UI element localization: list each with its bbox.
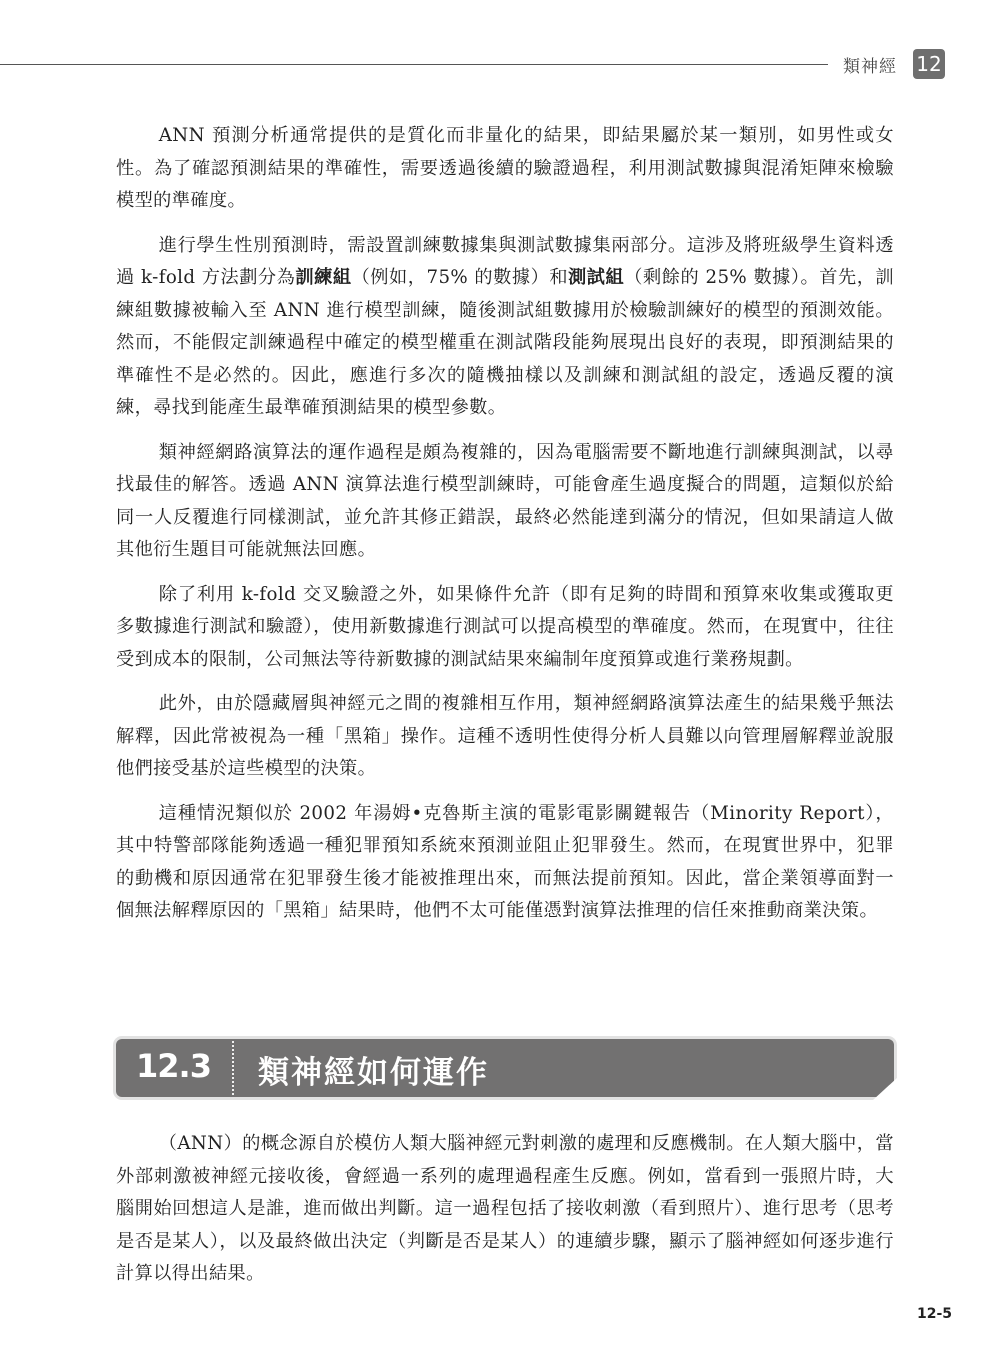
section-divider [232, 1041, 234, 1095]
paragraph: 此外，由於隱藏層與神經元之間的複雜相互作用，類神經網路演算法產生的結果幾乎無法解… [116, 688, 894, 786]
paragraph: （ANN）的概念源自於模仿人類大腦神經元對刺激的處理和反應機制。在人類大腦中，當… [116, 1128, 894, 1291]
chapter-number-badge: 12 [913, 49, 945, 79]
paragraph-text: （例如，75% 的數據）和 [352, 267, 569, 288]
paragraph: 這種情況類似於 2002 年湯姆•克魯斯主演的電影電影關鍵報告（Minority… [116, 798, 894, 928]
paragraph-text: （剩餘的 25% 數據）。首先，訓練組數據被輸入至 ANN 進行模型訓練，隨後測… [116, 267, 894, 418]
section-title: 類神經如何運作 [258, 1047, 489, 1092]
paragraph: 類神經網路演算法的運作過程是頗為複雜的，因為電腦需要不斷地進行訓練與測試，以尋找… [116, 437, 894, 567]
section-number: 12.3 [136, 1047, 211, 1085]
main-text: ANN 預測分析通常提供的是質化而非量化的結果，即結果屬於某一類別，如男性或女性… [116, 120, 894, 940]
paragraph: ANN 預測分析通常提供的是質化而非量化的結果，即結果屬於某一類別，如男性或女性… [116, 120, 894, 218]
page-curl-icon [873, 1078, 897, 1100]
section-text: （ANN）的概念源自於模仿人類大腦神經元對刺激的處理和反應機制。在人類大腦中，當… [116, 1128, 894, 1303]
running-header-title: 類神經 [843, 52, 897, 77]
bold-term-training-set: 訓練組 [295, 267, 351, 288]
header-rule [0, 64, 828, 65]
paragraph: 除了利用 k-fold 交叉驗證之外，如果條件允許（即有足夠的時間和預算來收集或… [116, 579, 894, 677]
page-number: 12-5 [917, 1306, 952, 1322]
section-heading-bar: 12.3 類神經如何運作 [116, 1039, 894, 1097]
paragraph: 進行學生性別預測時，需設置訓練數據集與測試數據集兩部分。這涉及將班級學生資料透過… [116, 230, 894, 425]
bold-term-test-set: 測試組 [568, 267, 624, 288]
